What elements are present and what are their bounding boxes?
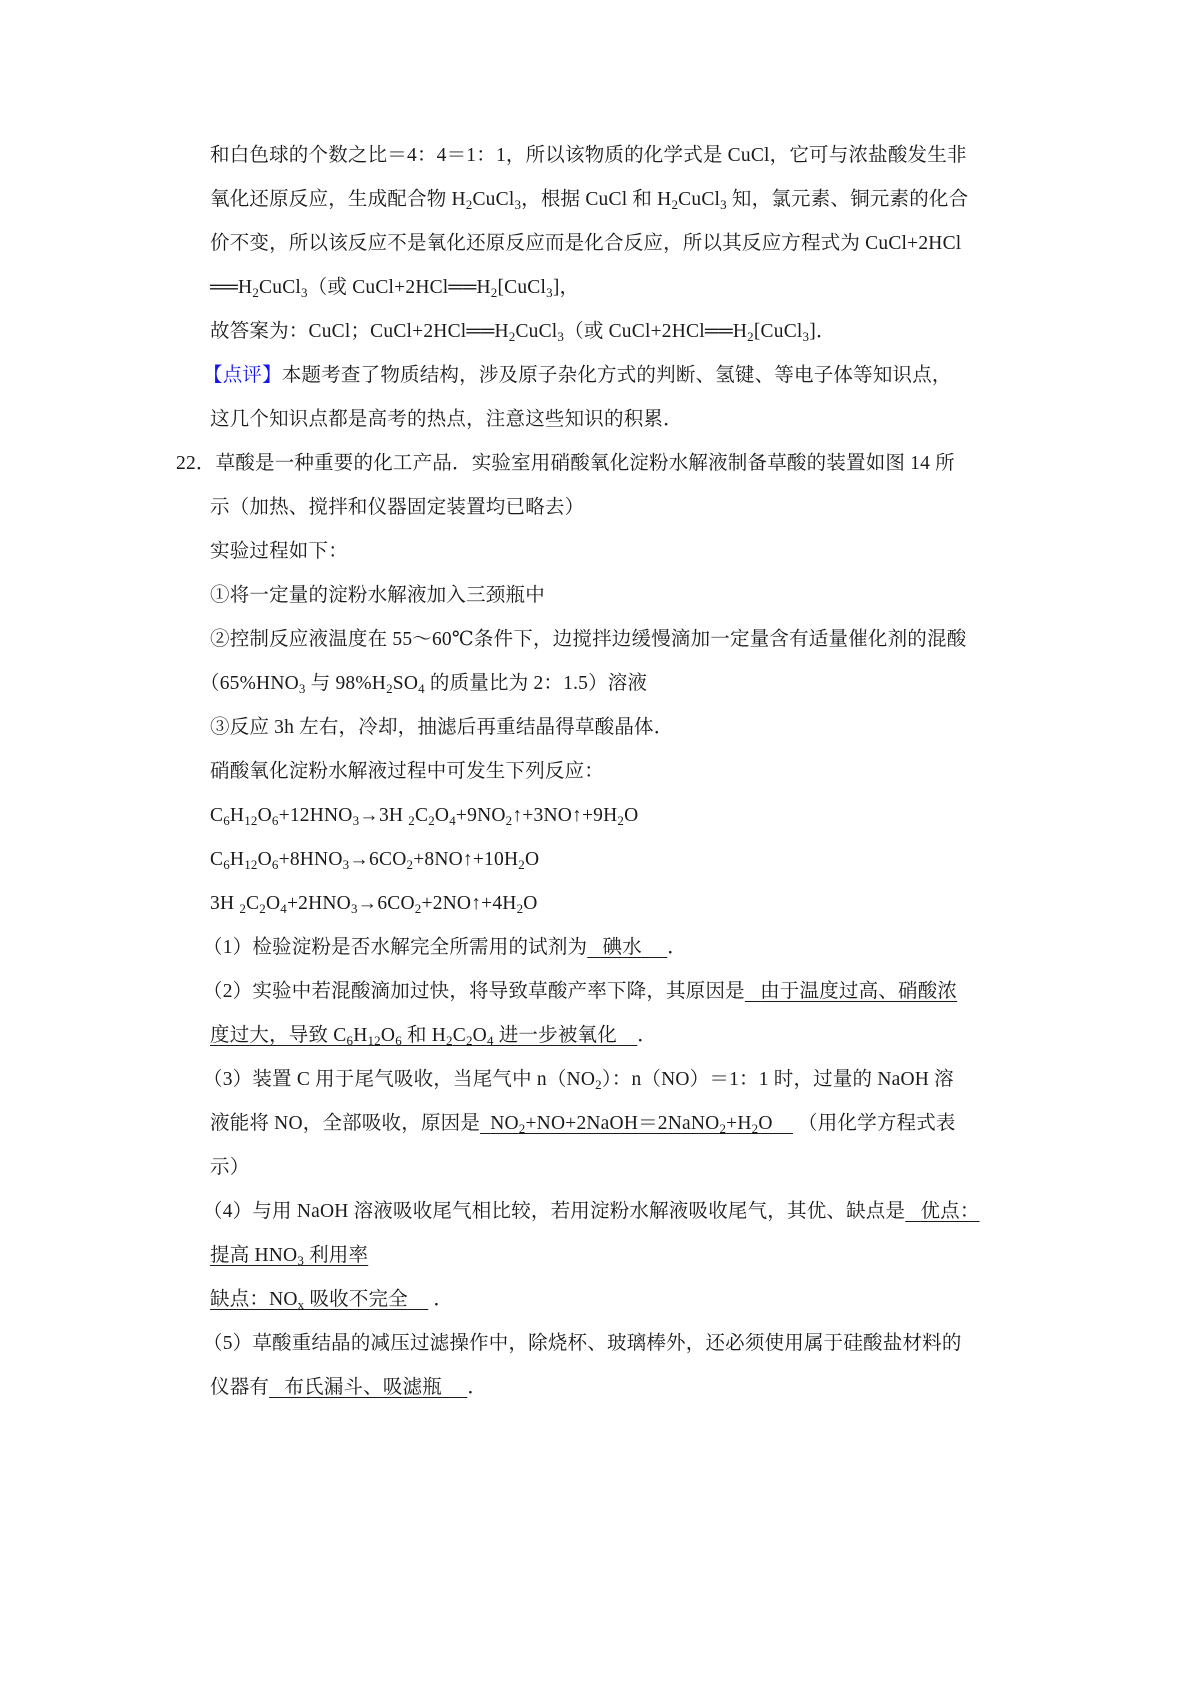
answer: 布氏漏斗、吸滤瓶: [284, 1377, 442, 1398]
text: ①将一定量的淀粉水解液加入三颈瓶中: [210, 585, 545, 606]
text: +8HNO: [279, 849, 343, 870]
text: （4）与用 NaOH 溶液吸收尾气相比较，若用淀粉水解液吸收尾气，其优、缺点是: [203, 1201, 905, 1222]
subscript: 2: [446, 1033, 453, 1048]
text: （或 CuCl+2HCl══H: [564, 321, 747, 342]
answer: 优点：: [920, 1201, 979, 1222]
text: 硝酸氧化淀粉水解液过程中可发生下列反应：: [210, 761, 604, 782]
answer-blank-2: 由于温度过高、硝酸浓: [745, 981, 957, 1002]
text: 提高 HNO: [210, 1245, 297, 1266]
text: ══H: [210, 277, 252, 298]
subscript: 2: [386, 681, 393, 696]
text: （或 CuCl+2HCl══H: [308, 277, 491, 298]
subscript: 3: [299, 681, 306, 696]
subscript: 6: [395, 1033, 402, 1048]
text: O: [258, 805, 272, 826]
text: 这几个知识点都是高考的热点，注意这些知识的积累．: [210, 409, 683, 430]
solution-line-1: 和白色球的个数之比＝4：4＝1：1，所以该物质的化学式是 CuCl，它可与浓盐酸…: [210, 144, 967, 168]
text: （5）草酸重结晶的减压过滤操作中，除烧杯、玻璃棒外，还必须使用属于硅酸盐材料的: [203, 1333, 962, 1354]
text: 实验过程如下：: [210, 541, 348, 562]
text: ．: [637, 1025, 657, 1046]
text: 液能将 NO，全部吸收，原因是: [210, 1113, 480, 1134]
answer-blank-5: 布氏漏斗、吸滤瓶: [269, 1377, 467, 1398]
text: ．: [433, 1289, 453, 1310]
step-1: ①将一定量的淀粉水解液加入三颈瓶中: [210, 584, 545, 608]
text: （65%HNO: [200, 673, 299, 694]
text: +8NO↑+10H: [413, 849, 518, 870]
text: 吸收不完全: [304, 1289, 408, 1310]
text: 利用率: [304, 1245, 368, 1266]
subscript: 2: [466, 1033, 473, 1048]
text: ）：n（NO）＝1：1 时，过量的 NaOH 溶: [602, 1069, 954, 1090]
reaction-1: C6H12O6+12HNO3→3H 2C2O4+9NO2↑+3NO↑+9H2O: [210, 804, 638, 828]
arrow-icon: →: [358, 893, 378, 914]
text: +2NO↑+4H: [422, 893, 517, 914]
text: （2）实验中若混酸滴加过快，将导致草酸产率下降，其原因是: [203, 981, 745, 1002]
subscript: 6: [272, 813, 279, 828]
reaction-2: C6H12O6+8HNO3→6CO2+8NO↑+10H2O: [210, 848, 539, 872]
text: 示）: [210, 1157, 249, 1178]
text: O: [624, 805, 638, 826]
reactions-title: 硝酸氧化淀粉水解液过程中可发生下列反应：: [210, 760, 604, 784]
step-2-line-1: ②控制反应液温度在 55～60℃条件下，边搅拌边缓慢滴加一定量含有适量催化剂的混…: [210, 628, 966, 652]
text: 与 98%H: [306, 673, 386, 694]
answer-blank-3: NO2+NO+2NaOH＝2NaNO2+H2O: [480, 1113, 793, 1134]
subscript: 12: [244, 813, 257, 828]
text: C: [210, 805, 223, 826]
sub-question-3-line-1: （3）装置 C 用于尾气吸收，当尾气中 n（NO2）：n（NO）＝1：1 时，过…: [203, 1068, 954, 1092]
subscript: 2: [518, 857, 525, 872]
subscript: 3: [720, 197, 727, 212]
text: 草酸是一种重要的化工产品．实验室用硝酸氧化淀粉水解液制备草酸的装置如图 14 所: [216, 453, 955, 474]
sub-question-4-line-1: （4）与用 NaOH 溶液吸收尾气相比较，若用淀粉水解液吸收尾气，其优、缺点是 …: [203, 1200, 980, 1224]
text: 故答案为：CuCl；CuCl+2HCl══H: [210, 321, 509, 342]
sub-question-3-line-3: 示）: [210, 1156, 249, 1180]
text: +H: [726, 1113, 751, 1134]
text: ，根据 CuCl 和 H: [521, 189, 671, 210]
text: +NO+2NaOH＝2NaNO: [525, 1113, 719, 1134]
text: H: [230, 805, 244, 826]
text: 缺点：NO: [210, 1289, 298, 1310]
text: 6CO: [369, 849, 406, 870]
subscript: 4: [280, 901, 287, 916]
text: ]，: [553, 277, 579, 298]
process-title: 实验过程如下：: [210, 540, 348, 564]
subscript: 2: [747, 329, 754, 344]
answer-blank-4-cont: 提高 HNO3 利用率: [210, 1245, 368, 1266]
sub-question-4-line-2: 提高 HNO3 利用率: [210, 1244, 368, 1268]
text: O: [266, 893, 280, 914]
review-tag: 【点评】: [203, 365, 282, 386]
text: C: [210, 849, 223, 870]
sub-question-1: （1）检验淀粉是否水解完全所需用的试剂为 碘水 ．: [203, 936, 687, 960]
sub-question-5-line-2: 仪器有 布氏漏斗、吸滤瓶 ．: [210, 1376, 487, 1400]
text: 本题考查了物质结构，涉及原子杂化方式的判断、氢键、等电子体等知识点，: [282, 365, 952, 386]
step-2-line-2: （65%HNO3 与 98%H2SO4 的质量比为 2：1.5）溶液: [200, 672, 647, 696]
text: CuCl: [259, 277, 301, 298]
text: C: [246, 893, 259, 914]
review-line-2: 这几个知识点都是高考的热点，注意这些知识的积累．: [210, 408, 683, 432]
text: ②控制反应液温度在 55～60℃条件下，边搅拌边缓慢滴加一定量含有适量催化剂的混…: [210, 629, 966, 650]
subscript: 4: [487, 1033, 494, 1048]
text: O: [525, 849, 539, 870]
subscript: 6: [272, 857, 279, 872]
document-page: 和白色球的个数之比＝4：4＝1：1，所以该物质的化学式是 CuCl，它可与浓盐酸…: [0, 0, 1200, 1698]
subscript: 2: [408, 813, 415, 828]
subscript: 12: [367, 1033, 380, 1048]
subscript: 3: [351, 901, 358, 916]
text: 6CO: [377, 893, 414, 914]
text: ．: [667, 937, 687, 958]
subscript: 3: [301, 285, 308, 300]
text: CuCl: [515, 321, 557, 342]
answer-summary: 故答案为：CuCl；CuCl+2HCl══H2CuCl3（或 CuCl+2HCl…: [210, 320, 836, 344]
question-number: 22．: [176, 453, 216, 474]
text: +9NO: [456, 805, 506, 826]
text: CuCl: [472, 189, 514, 210]
subscript: 2: [239, 901, 246, 916]
text: ]．: [809, 321, 835, 342]
text: ↑+3NO↑+9H: [512, 805, 617, 826]
text: +2HNO: [287, 893, 351, 914]
text: H: [230, 849, 244, 870]
sub-question-3-line-2: 液能将 NO，全部吸收，原因是 NO2+NO+2NaOH＝2NaNO2+H2O …: [210, 1112, 956, 1136]
sub-question-2-line-2: 度过大，导致 C6H12O6 和 H2C2O4 进一步被氧化 ．: [210, 1024, 657, 1048]
text: 和 H: [402, 1025, 446, 1046]
sub-question-2-line-1: （2）实验中若混酸滴加过快，将导致草酸产率下降，其原因是 由于温度过高、硝酸浓: [203, 980, 957, 1004]
text: NO: [490, 1113, 519, 1134]
text: C: [453, 1025, 466, 1046]
text: [CuCl: [497, 277, 546, 298]
text: 3H: [210, 893, 239, 914]
step-3: ③反应 3h 左右，冷却，抽滤后再重结晶得草酸晶体．: [210, 716, 673, 740]
reaction-3: 3H 2C2O4+2HNO3→6CO2+2NO↑+4H2O: [210, 892, 538, 916]
text: 示（加热、搅拌和仪器固定装置均已略去）: [210, 497, 584, 518]
subscript: 2: [415, 901, 422, 916]
text: CuCl: [678, 189, 720, 210]
text: O: [758, 1113, 772, 1134]
text: （3）装置 C 用于尾气吸收，当尾气中 n（NO: [203, 1069, 595, 1090]
text: （用化学方程式表: [798, 1113, 956, 1134]
text: C: [415, 805, 428, 826]
solution-line-2: 氧化还原反应，生成配合物 H2CuCl3，根据 CuCl 和 H2CuCl3 知…: [210, 188, 968, 212]
text: +12HNO: [279, 805, 353, 826]
text: 仪器有: [210, 1377, 269, 1398]
text: O: [381, 1025, 395, 1046]
subscript: 4: [418, 681, 425, 696]
text: 的质量比为 2：1.5）溶液: [425, 673, 647, 694]
sub-question-4-line-3: 缺点：NOx 吸收不完全 ．: [210, 1288, 453, 1312]
text: 度过大，导致 C: [210, 1025, 346, 1046]
text: （1）检验淀粉是否水解完全所需用的试剂为: [203, 937, 587, 958]
text: 和白色球的个数之比＝4：4＝1：1，所以该物质的化学式是 CuCl，它可与浓盐酸…: [210, 145, 967, 166]
answer-blank-4: 优点：: [905, 1201, 979, 1222]
subscript: 2: [595, 1077, 602, 1092]
arrow-icon: →: [349, 849, 369, 870]
text: [CuCl: [754, 321, 803, 342]
subscript: 3: [546, 285, 553, 300]
answer-blank-1: 碘水: [587, 937, 667, 958]
text: H: [353, 1025, 367, 1046]
subscript: 6: [223, 813, 230, 828]
text: 知，氯元素、铜元素的化合: [727, 189, 968, 210]
text: O: [435, 805, 449, 826]
solution-line-3: 价不变，所以该反应不是氧化还原反应而是化合反应，所以其反应方程式为 CuCl+2…: [210, 232, 961, 256]
text: SO: [393, 673, 418, 694]
subscript: 12: [244, 857, 257, 872]
text: 氧化还原反应，生成配合物 H: [210, 189, 466, 210]
solution-line-4: ══H2CuCl3（或 CuCl+2HCl══H2[CuCl3]，: [210, 276, 579, 300]
arrow-icon: →: [359, 805, 379, 826]
text: 价不变，所以该反应不是氧化还原反应而是化合反应，所以其反应方程式为 CuCl+2…: [210, 233, 961, 254]
text: 3H: [379, 805, 408, 826]
answer-blank-2-cont: 度过大，导致 C6H12O6 和 H2C2O4 进一步被氧化: [210, 1025, 637, 1046]
question-22-stem-1: 22．草酸是一种重要的化工产品．实验室用硝酸氧化淀粉水解液制备草酸的装置如图 1…: [176, 452, 955, 476]
text: 进一步被氧化: [494, 1025, 617, 1046]
subscript: 2: [259, 901, 266, 916]
review-line-1: 【点评】本题考查了物质结构，涉及原子杂化方式的判断、氢键、等电子体等知识点，: [203, 364, 952, 388]
subscript: 6: [223, 857, 230, 872]
text: O: [473, 1025, 487, 1046]
text: O: [523, 893, 537, 914]
subscript: 2: [428, 813, 435, 828]
text: O: [258, 849, 272, 870]
sub-question-5-line-1: （5）草酸重结晶的减压过滤操作中，除烧杯、玻璃棒外，还必须使用属于硅酸盐材料的: [203, 1332, 962, 1356]
text: ③反应 3h 左右，冷却，抽滤后再重结晶得草酸晶体．: [210, 717, 673, 738]
answer: 由于温度过高、硝酸浓: [760, 981, 957, 1002]
text: ．: [467, 1377, 487, 1398]
question-22-stem-2: 示（加热、搅拌和仪器固定装置均已略去）: [210, 496, 584, 520]
answer: 碘水: [603, 937, 642, 958]
answer-blank-4-cont2: 缺点：NOx 吸收不完全: [210, 1289, 428, 1310]
subscript: 4: [449, 813, 456, 828]
